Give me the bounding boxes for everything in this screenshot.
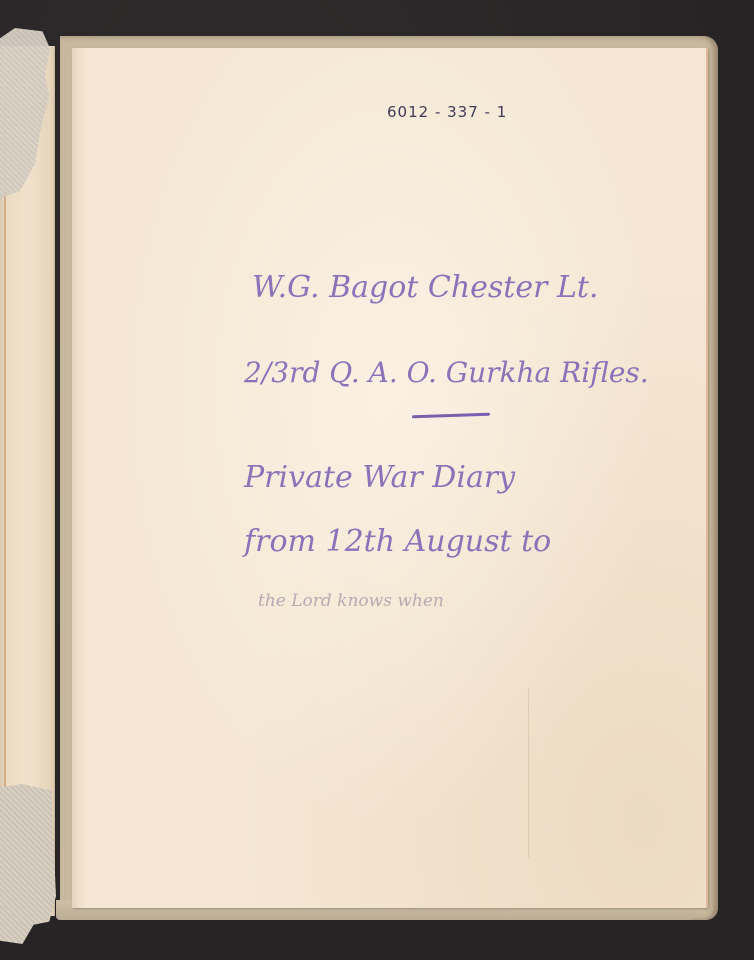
diary-page: 6012 - 337 - 1 W.G. Bagot Chester Lt. 2/… — [72, 48, 708, 908]
archive-reference-number: 6012 - 337 - 1 — [387, 103, 507, 121]
gutter-fold-line — [4, 106, 6, 886]
owner-name: W.G. Bagot Chester Lt. — [252, 270, 599, 305]
torn-cloth-binding-bottom — [0, 784, 56, 944]
diary-date-range: from 12th August to — [244, 524, 551, 559]
page-crease — [528, 688, 529, 858]
underline-divider — [412, 413, 490, 419]
regiment: 2/3rd Q. A. O. Gurkha Rifles. — [244, 356, 649, 389]
scan-background: 6012 - 337 - 1 W.G. Bagot Chester Lt. 2/… — [0, 0, 754, 960]
page-gutter-shadow — [72, 48, 86, 908]
diary-title: Private War Diary — [244, 460, 515, 495]
faint-pencil-note: the Lord knows when — [258, 591, 444, 611]
